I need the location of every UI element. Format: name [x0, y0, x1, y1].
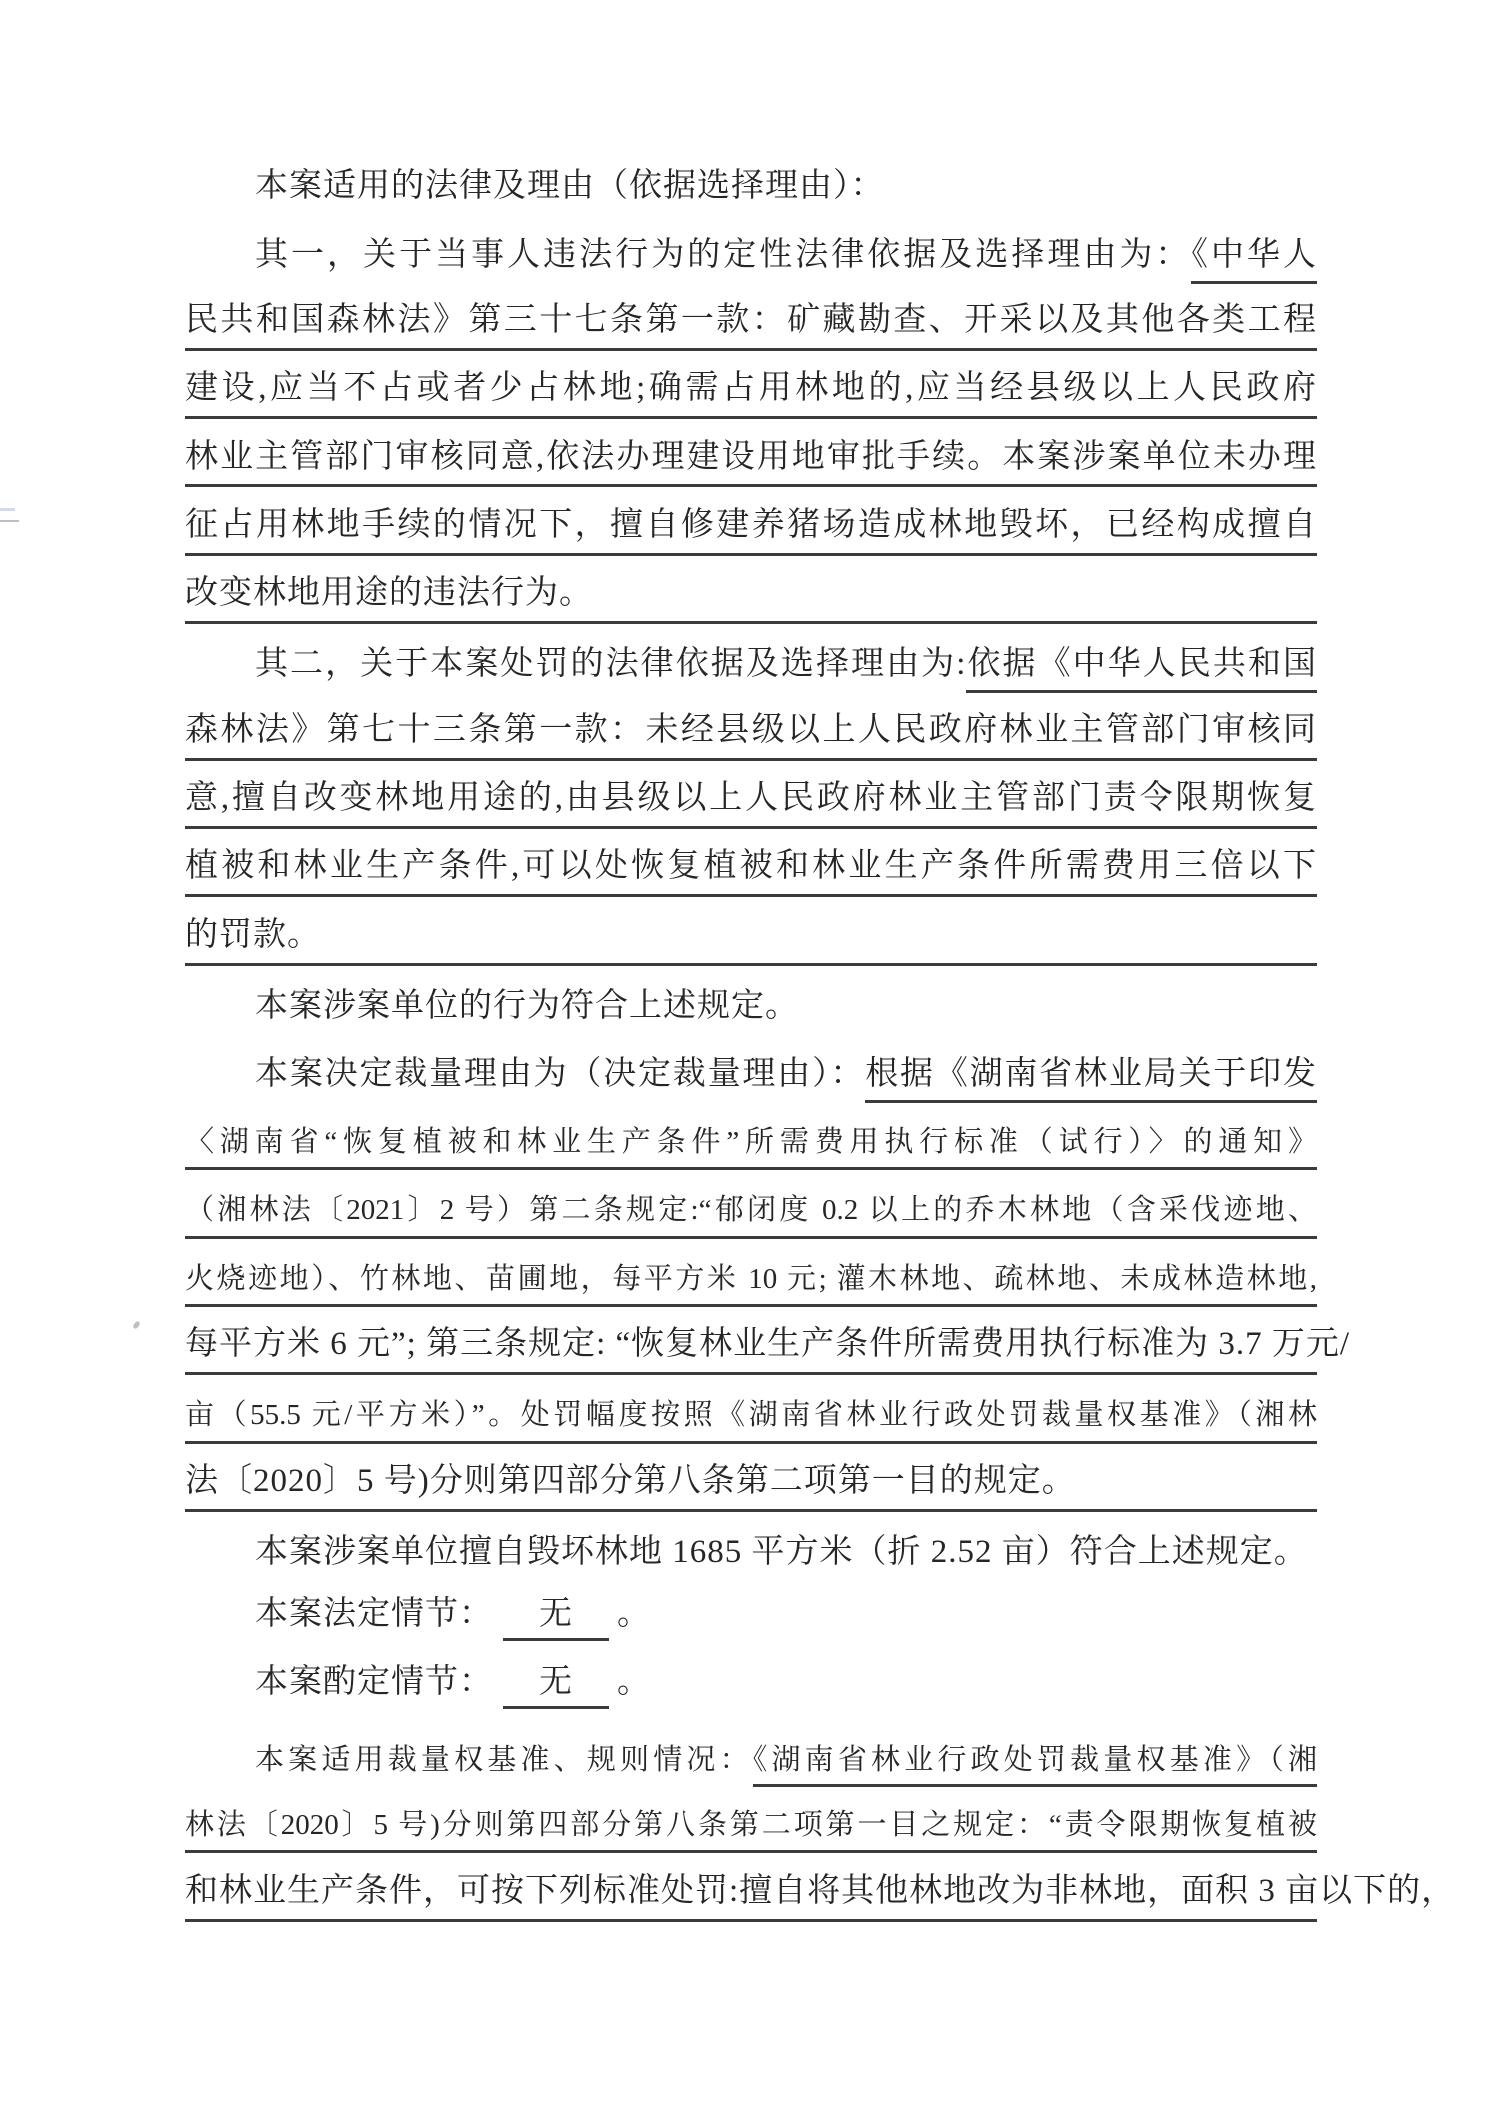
underlined-text-run: 的罚款。 — [185, 917, 321, 953]
doc-line: 其二，关于本案处罚的法律依据及选择理由为:依据《中华人民共和国 — [185, 624, 1317, 692]
line-text: 〈湖南省“恢复植被和林业生产条件”所需费用执行标准（试行）〉的通知》 — [185, 1126, 1317, 1170]
line-text: 和林业生产条件，可按下列标准处罚:擅自将其他林地改为非林地，面积 3 亩以下的， — [185, 1873, 1317, 1922]
line-text: 本案涉案单位擅自毁坏林地 1685 平方米（折 2.52 亩）符合上述规定。 — [185, 1534, 1317, 1580]
line-text: 森林法》第七十三条第一款：未经县级以上人民政府林业主管部门审核同 — [185, 712, 1317, 761]
doc-line: 本案适用的法律及理由（依据选择理由）： — [185, 146, 1317, 214]
line-text: 植被和林业生产条件,可以处恢复植被和林业生产条件所需费用三倍以下 — [185, 848, 1317, 897]
line-text: 法〔2020〕5 号)分则第四部分第八条第二项第一目的规定。 — [185, 1463, 1317, 1512]
text-run: 本案适用裁量权基准、规则情况： — [255, 1744, 753, 1776]
line-text: 民共和国森林法》第三十七条第一款：矿藏勘查、开采以及其他各类工程 — [185, 302, 1317, 351]
line-text: 每平方米 6 元”; 第三条规定: “恢复林业生产条件所需费用执行标准为 3.7… — [185, 1326, 1317, 1375]
document-body: 本案适用的法律及理由（依据选择理由）： 其一，关于当事人违法行为的定性法律依据及… — [185, 146, 1317, 1922]
underlined-text-run: 根据《湖南省林业局关于印发 — [865, 1056, 1317, 1103]
underlined-text-run: 建设,应当不占或者少占林地;确需占用林地的,应当经县级以上人民政府 — [185, 370, 1317, 406]
underlined-text-run: 改变林地用途的违法行为。 — [185, 575, 593, 611]
underlined-text-run: 森林法》第七十三条第一款：未经县级以上人民政府林业主管部门审核同 — [185, 712, 1317, 748]
line-text: 本案涉案单位的行为符合上述规定。 — [185, 988, 1317, 1034]
text-run: 本案涉案单位擅自毁坏林地 1685 平方米（折 2.52 亩）符合上述规定。 — [255, 1534, 1308, 1570]
doc-line: 本案酌定情节：无。 — [185, 1649, 1317, 1717]
line-text: 的罚款。 — [185, 917, 1317, 966]
line-text: 建设,应当不占或者少占林地;确需占用林地的,应当经县级以上人民政府 — [185, 370, 1317, 419]
underlined-text-run: 亩（55.5 元/平方米）”。处罚幅度按照《湖南省林业行政处罚裁量权基准》（湘林 — [185, 1399, 1317, 1431]
line-text: 意,擅自改变林地用途的,由县级以上人民政府林业主管部门责令限期恢复 — [185, 780, 1317, 829]
doc-line: 的罚款。 — [185, 897, 1317, 965]
underlined-text-run: 火烧迹地）、竹林地、苗圃地，每平方米 10 元; 灌木林地、疏林地、未成林造林地… — [185, 1263, 1317, 1295]
line-text: 征占用林地手续的情况下，擅自修建养猪场造成林地毁坏，已经构成擅自 — [185, 507, 1317, 556]
doc-line: 本案法定情节：无。 — [185, 1580, 1317, 1648]
doc-line: 本案涉案单位擅自毁坏林地 1685 平方米（折 2.52 亩）符合上述规定。 — [185, 1512, 1317, 1580]
line-text: 改变林地用途的违法行为。 — [185, 575, 1317, 624]
discretionary-circumstance-blank-value: 无 — [503, 1664, 609, 1709]
line-text: 林业主管部门审核同意,依法办理建设用地审批手续。本案涉案单位未办理 — [185, 439, 1317, 488]
text-run: 本案酌定情节： — [255, 1664, 493, 1700]
statutory-circumstance-blank-value: 无 — [503, 1596, 609, 1641]
doc-line: 森林法》第七十三条第一款：未经县级以上人民政府林业主管部门审核同 — [185, 692, 1317, 760]
text-run: 本案适用的法律及理由（依据选择理由）： — [255, 168, 885, 204]
doc-line: 意,擅自改变林地用途的,由县级以上人民政府林业主管部门责令限期恢复 — [185, 761, 1317, 829]
underlined-text-run: 民共和国森林法》第三十七条第一款：矿藏勘查、开采以及其他各类工程 — [185, 302, 1317, 338]
text-run: 本案法定情节： — [255, 1596, 493, 1632]
line-text: 火烧迹地）、竹林地、苗圃地，每平方米 10 元; 灌木林地、疏林地、未成林造林地… — [185, 1263, 1317, 1307]
doc-line: 本案适用裁量权基准、规则情况：《湖南省林业行政处罚裁量权基准》（湘 — [185, 1717, 1317, 1785]
doc-line: 法〔2020〕5 号)分则第四部分第八条第二项第一目的规定。 — [185, 1444, 1317, 1512]
line-text: 本案法定情节：无。 — [185, 1596, 1317, 1649]
doc-line: 改变林地用途的违法行为。 — [185, 556, 1317, 624]
underlined-text-run: 每平方米 6 元”; 第三条规定: “恢复林业生产条件所需费用执行标准为 3.7… — [185, 1326, 1350, 1362]
line-text: 本案适用裁量权基准、规则情况：《湖南省林业行政处罚裁量权基准》（湘 — [185, 1744, 1317, 1785]
underlined-text-run: 林业主管部门审核同意,依法办理建设用地审批手续。本案涉案单位未办理 — [185, 439, 1317, 475]
doc-line: 本案决定裁量理由为（决定裁量理由）：根据《湖南省林业局关于印发 — [185, 1034, 1317, 1102]
text-run: 本案涉案单位的行为符合上述规定。 — [255, 988, 799, 1024]
text-run: 其一，关于当事人违法行为的定性法律依据及选择理由为： — [255, 237, 1191, 273]
text-run: 其二，关于本案处罚的法律依据及选择理由为: — [255, 646, 966, 682]
line-text: （湘林法〔2021〕2 号）第二条规定:“郁闭度 0.2 以上的乔木林地（含采伐… — [185, 1194, 1317, 1238]
line-text: 林法〔2020〕5 号)分则第四部分第八条第二项第一目之规定：“责令限期恢复植被 — [185, 1809, 1317, 1853]
doc-line: 林业主管部门审核同意,依法办理建设用地审批手续。本案涉案单位未办理 — [185, 419, 1317, 487]
doc-line: 本案涉案单位的行为符合上述规定。 — [185, 966, 1317, 1034]
text-run: 。 — [617, 1664, 651, 1700]
doc-line: 林法〔2020〕5 号)分则第四部分第八条第二项第一目之规定：“责令限期恢复植被 — [185, 1785, 1317, 1853]
underlined-text-run: 〈湖南省“恢复植被和林业生产条件”所需费用执行标准（试行）〉的通知》 — [185, 1126, 1317, 1158]
line-text: 其一，关于当事人违法行为的定性法律依据及选择理由为：《中华人 — [185, 237, 1317, 283]
scan-artifact-dash — [0, 508, 15, 511]
underlined-text-run: 依据《中华人民共和国 — [966, 646, 1317, 693]
doc-line: 民共和国森林法》第三十七条第一款：矿藏勘查、开采以及其他各类工程 — [185, 283, 1317, 351]
doc-line: 其一，关于当事人违法行为的定性法律依据及选择理由为：《中华人 — [185, 214, 1317, 282]
line-text: 其二，关于本案处罚的法律依据及选择理由为:依据《中华人民共和国 — [185, 646, 1317, 692]
text-run: 。 — [617, 1596, 651, 1632]
underlined-text-run: 植被和林业生产条件,可以处恢复植被和林业生产条件所需费用三倍以下 — [185, 848, 1317, 884]
line-text: 本案适用的法律及理由（依据选择理由）： — [185, 168, 1317, 214]
line-text: 亩（55.5 元/平方米）”。处罚幅度按照《湖南省林业行政处罚裁量权基准》（湘林 — [185, 1399, 1317, 1443]
underlined-text-run: 征占用林地手续的情况下，擅自修建养猪场造成林地毁坏，已经构成擅自 — [185, 507, 1317, 543]
line-text: 本案决定裁量理由为（决定裁量理由）：根据《湖南省林业局关于印发 — [185, 1056, 1317, 1102]
underlined-text-run: 法〔2020〕5 号)分则第四部分第八条第二项第一目的规定。 — [185, 1463, 1076, 1499]
doc-line: 建设,应当不占或者少占林地;确需占用林地的,应当经县级以上人民政府 — [185, 351, 1317, 419]
doc-line: 征占用林地手续的情况下，擅自修建养猪场造成林地毁坏，已经构成擅自 — [185, 487, 1317, 555]
underlined-text-run: 和林业生产条件，可按下列标准处罚:擅自将其他林地改为非林地，面积 3 亩以下的， — [185, 1873, 1455, 1909]
doc-line: 每平方米 6 元”; 第三条规定: “恢复林业生产条件所需费用执行标准为 3.7… — [185, 1307, 1317, 1375]
doc-line: 亩（55.5 元/平方米）”。处罚幅度按照《湖南省林业行政处罚裁量权基准》（湘林 — [185, 1375, 1317, 1443]
doc-line: （湘林法〔2021〕2 号）第二条规定:“郁闭度 0.2 以上的乔木林地（含采伐… — [185, 1170, 1317, 1238]
underlined-text-run: 《中华人 — [1191, 237, 1317, 284]
underlined-text-run: 林法〔2020〕5 号)分则第四部分第八条第二项第一目之规定：“责令限期恢复植被 — [185, 1809, 1317, 1841]
doc-line: 火烧迹地）、竹林地、苗圃地，每平方米 10 元; 灌木林地、疏林地、未成林造林地… — [185, 1239, 1317, 1307]
underlined-text-run: （湘林法〔2021〕2 号）第二条规定:“郁闭度 0.2 以上的乔木林地（含采伐… — [185, 1194, 1317, 1226]
underlined-text-run: 《湖南省林业行政处罚裁量权基准》（湘 — [753, 1744, 1317, 1787]
scan-artifact-dot — [132, 1320, 141, 1329]
line-text: 本案酌定情节：无。 — [185, 1664, 1317, 1717]
doc-line: 和林业生产条件，可按下列标准处罚:擅自将其他林地改为非林地，面积 3 亩以下的， — [185, 1853, 1317, 1921]
underlined-text-run: 意,擅自改变林地用途的,由县级以上人民政府林业主管部门责令限期恢复 — [185, 780, 1317, 816]
doc-line: 植被和林业生产条件,可以处恢复植被和林业生产条件所需费用三倍以下 — [185, 829, 1317, 897]
text-run: 本案决定裁量理由为（决定裁量理由）： — [255, 1056, 865, 1092]
scan-artifact-dash — [0, 520, 19, 522]
doc-line: 〈湖南省“恢复植被和林业生产条件”所需费用执行标准（试行）〉的通知》 — [185, 1102, 1317, 1170]
scanned-document-page: 本案适用的法律及理由（依据选择理由）： 其一，关于当事人违法行为的定性法律依据及… — [0, 0, 1488, 2104]
